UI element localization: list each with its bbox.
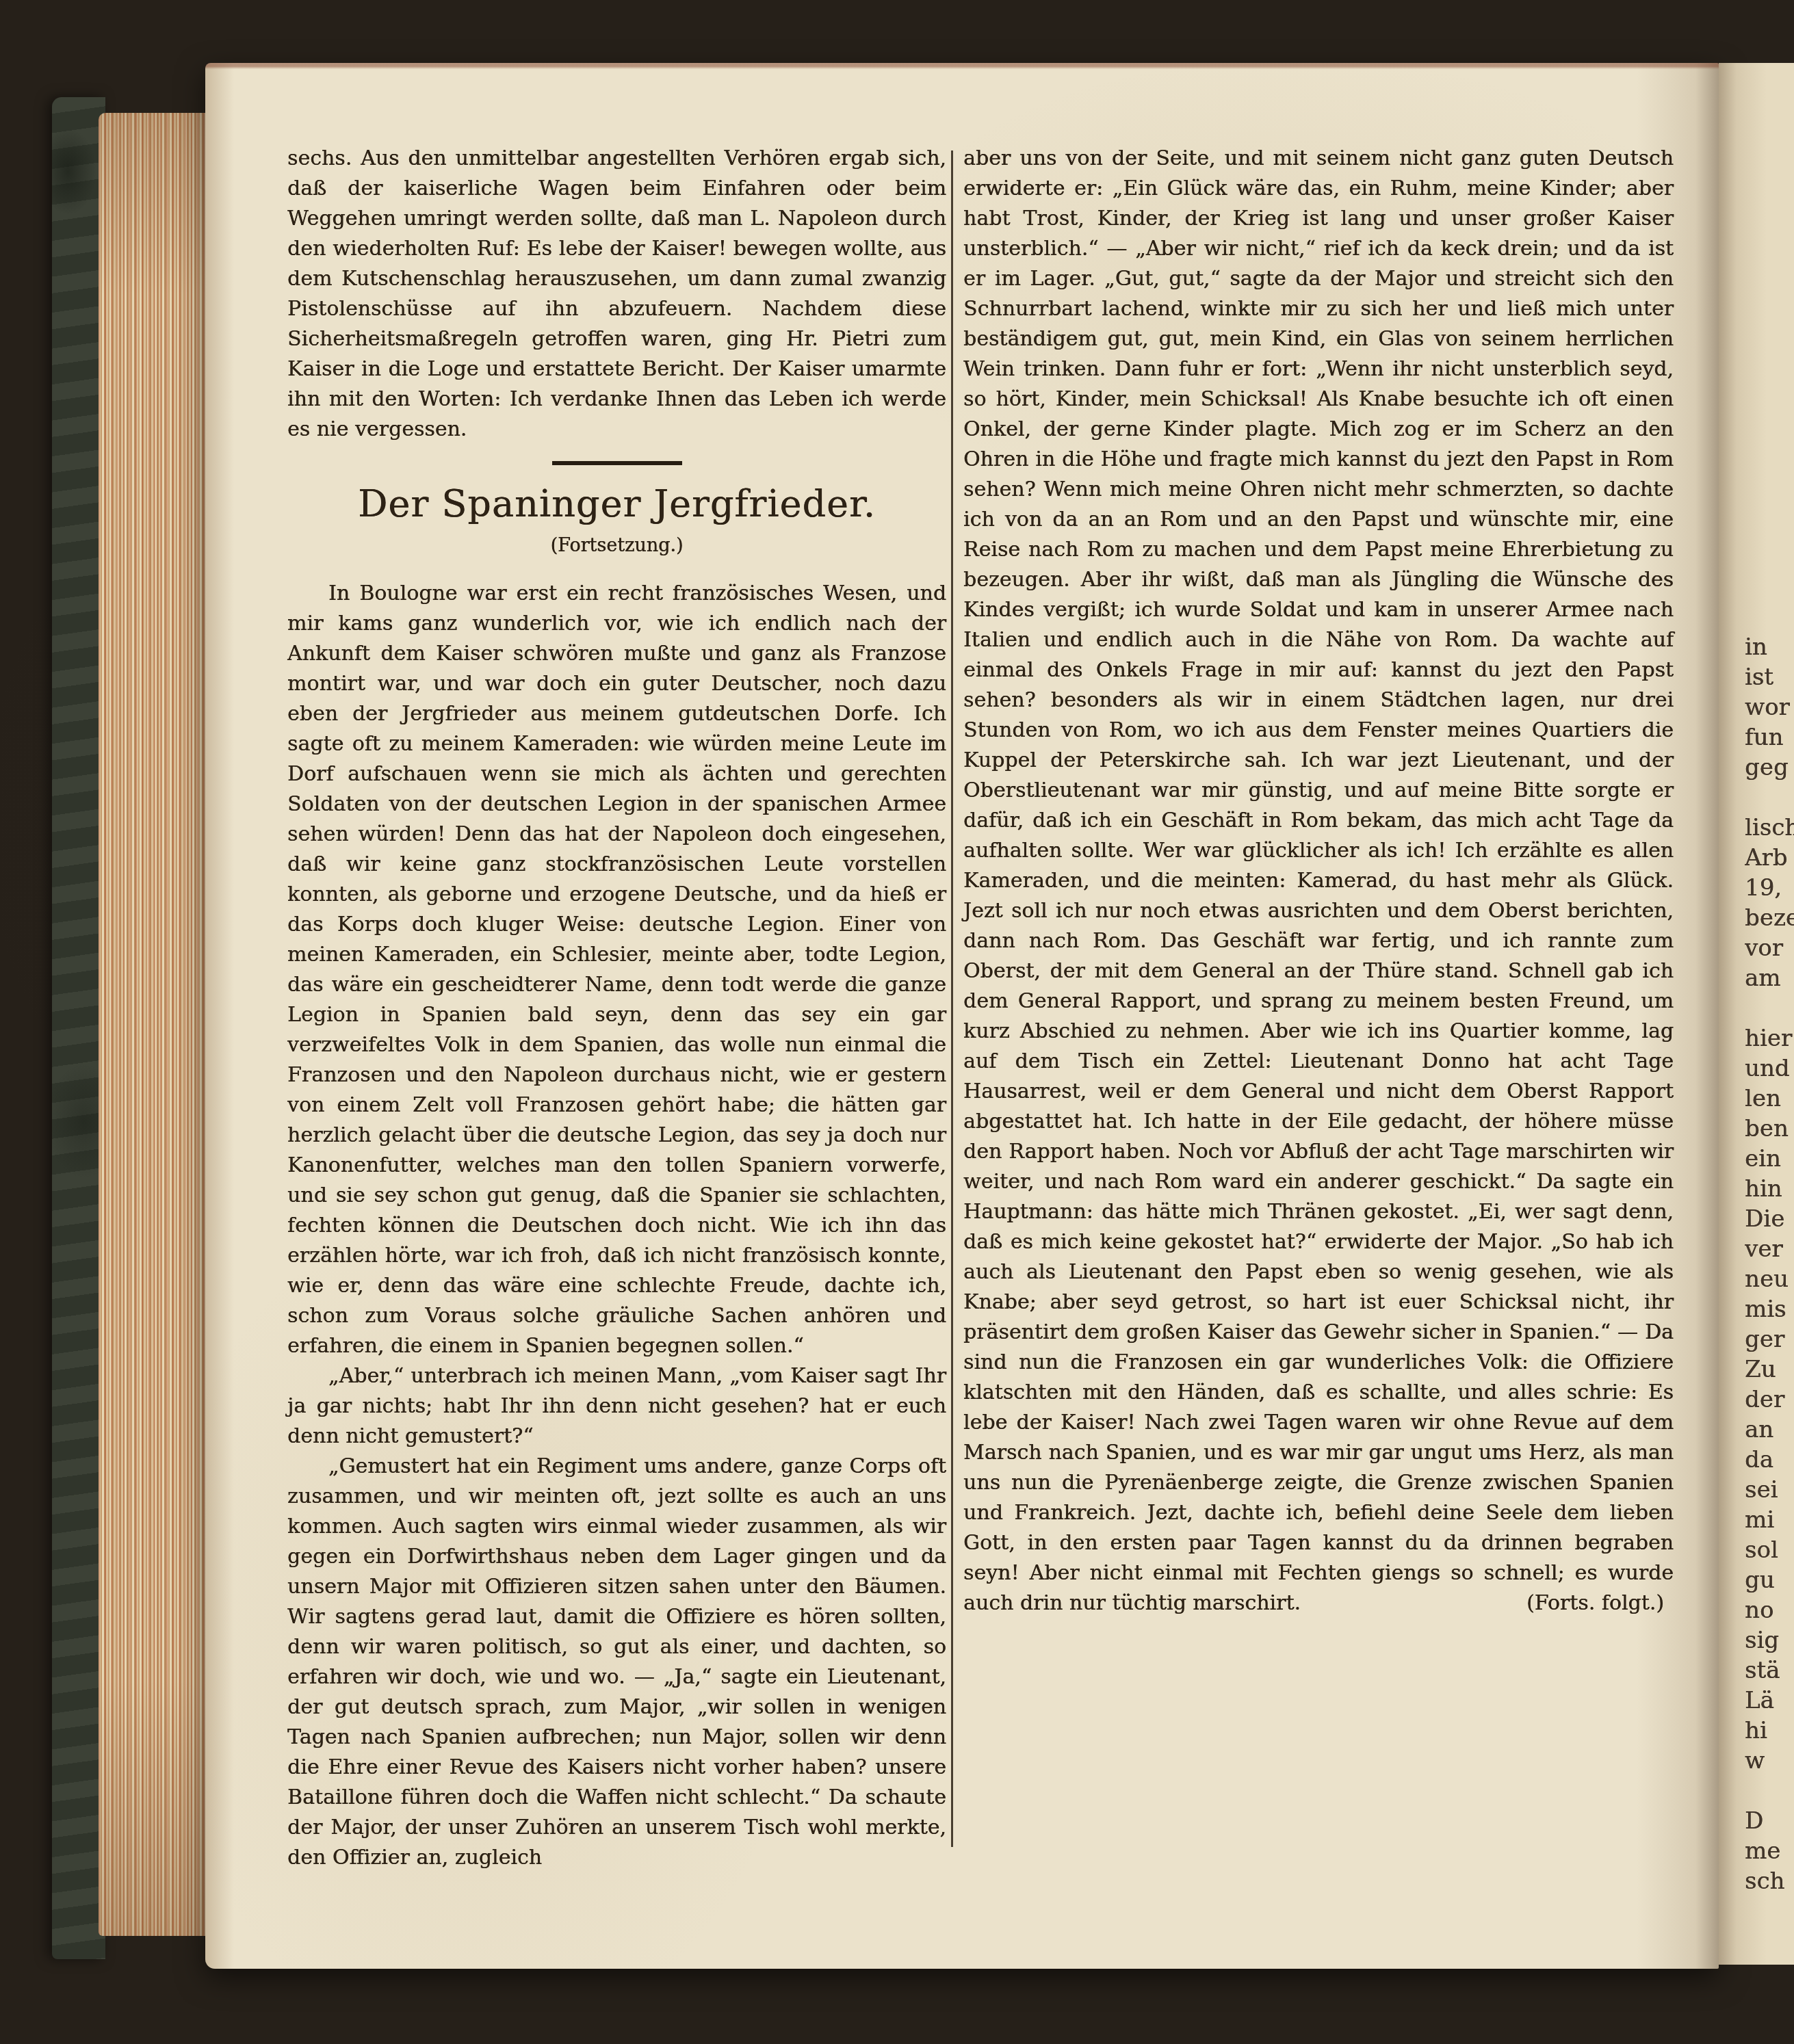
book-cover-edge [52, 97, 105, 1959]
story-subtitle: (Fortsetzung.) [287, 531, 946, 561]
muster-paragraph: „Gemustert hat ein Regiment ums andere, … [287, 1452, 946, 1873]
dialog-paragraph: „Aber,“ unterbrach ich meinen Mann, „vom… [287, 1361, 946, 1452]
continuation-paragraph: aber uns von der Seite, und mit seinem n… [963, 144, 1674, 1619]
next-page-sliver: in ist wor fun geg lisch Arb 19, beze vo… [1719, 63, 1794, 1965]
column-divider-rule [951, 150, 953, 1847]
story-title: Der Spaninger Jergfrieder. [287, 483, 946, 525]
next-page-text-fragments: in ist wor fun geg lisch Arb 19, beze vo… [1745, 632, 1794, 1959]
section-divider-rule [552, 461, 682, 465]
story-paragraph: In Boulogne war erst ein recht französis… [287, 579, 946, 1361]
scanned-page: sechs. Aus den unmittelbar angestellten … [205, 63, 1719, 1969]
opening-paragraph: sechs. Aus den unmittelbar angestellten … [287, 144, 946, 445]
left-column: sechs. Aus den unmittelbar angestellten … [287, 144, 946, 1873]
right-column: aber uns von der Seite, und mit seinem n… [963, 144, 1674, 1619]
book-scan-photo: sechs. Aus den unmittelbar angestellten … [0, 0, 1794, 2044]
